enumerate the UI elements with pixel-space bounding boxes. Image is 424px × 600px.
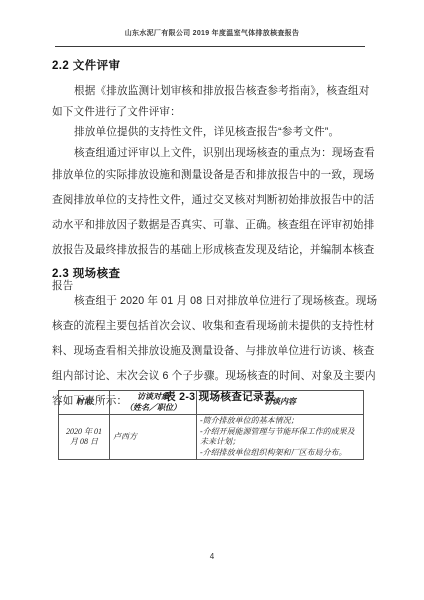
report-page: 山东水泥厂有限公司 2019 年度温室气体排放核查报告 2.2 文件评审 根据《… bbox=[0, 0, 424, 600]
page-content: 2.2 文件评审 根据《排放监测计划审核和排放报告核查参考指南》，核查组对 如下… bbox=[52, 55, 368, 414]
running-header: 山东水泥厂有限公司 2019 年度温室气体排放核查报告 bbox=[0, 28, 424, 38]
cell-content: -简介排放单位的基本情况； -介绍开展能源管理与节能环保工作的成果及未来计划； … bbox=[197, 415, 364, 460]
table-header-row: 时间 访谈对象 （姓名／职位） 访谈内容 bbox=[59, 391, 364, 415]
text-line: 核查组通过评审以上文件，识别出现场核查的重点为：现场查看 bbox=[52, 143, 368, 164]
text-line: 放报告及最终排放报告的基础上形成核查发现及结论，并编制本核查 bbox=[52, 238, 368, 263]
text-line: 查阅排放单位的支持性文件，通过交叉核对判断初始排放报告中的活 bbox=[52, 188, 368, 213]
text-line: 如下文件进行了文件评审： bbox=[52, 102, 368, 123]
cell-time: 2020 年 01 月 08 日 bbox=[59, 415, 110, 460]
text-line: 根据《排放监测计划审核和排放报告核查参考指南》，核查组对 bbox=[52, 81, 368, 102]
text-line: 核查的流程主要包括首次会议、收集和查看现场前未提供的支持性材 bbox=[52, 314, 368, 339]
col-header-interviewee: 访谈对象 （姓名／职位） bbox=[110, 391, 197, 415]
table-row: 2020 年 01 月 08 日 卢西方 -简介排放单位的基本情况； -介绍开展… bbox=[59, 415, 364, 460]
site-visit-record-table: 时间 访谈对象 （姓名／职位） 访谈内容 2020 年 01 月 08 日 卢西… bbox=[58, 390, 364, 460]
text-line: 料、现场查看相关排放设施及测量设备、与排放单位进行访谈、核查 bbox=[52, 339, 368, 364]
col-header-time: 时间 bbox=[59, 391, 110, 415]
section-heading-file-review: 2.2 文件评审 bbox=[52, 57, 368, 73]
cell-interviewee: 卢西方 bbox=[110, 415, 197, 460]
section-heading-site-visit: 2.3 现场核查 bbox=[52, 265, 368, 281]
file-review-paragraph-bottom: 排放单位的实际排放设施和测量设备是否和排放报告中的一致，现场 查阅排放单位的支持… bbox=[52, 163, 368, 263]
text-line: 动水平和排放因子数据是否真实、可靠、正确。核查组在评审初始排 bbox=[52, 213, 368, 238]
page-number: 4 bbox=[0, 552, 424, 561]
text-line: 核查组于 2020 年 01 月 08 日对排放单位进行了现场核查。现场 bbox=[52, 289, 368, 314]
text-line: 排放单位提供的支持性文件，详见核查报告“参考文件”。 bbox=[52, 122, 368, 143]
text-line: 排放单位的实际排放设施和测量设备是否和排放报告中的一致，现场 bbox=[52, 163, 368, 188]
file-review-paragraph-top: 根据《排放监测计划审核和排放报告核查参考指南》，核查组对 如下文件进行了文件评审… bbox=[52, 81, 368, 163]
col-header-content: 访谈内容 bbox=[197, 391, 364, 415]
header-divider bbox=[55, 46, 365, 47]
